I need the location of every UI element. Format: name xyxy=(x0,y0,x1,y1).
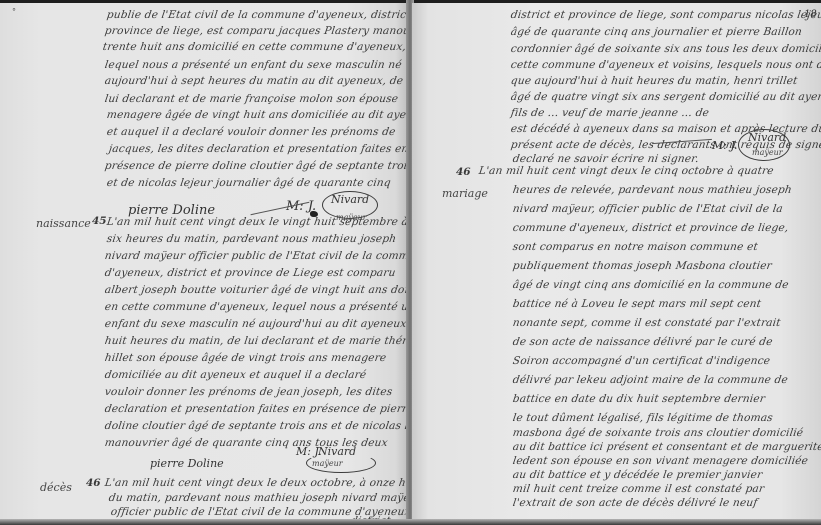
text-line: âgé de quatre vingt six ans sergent domi… xyxy=(510,91,821,103)
text-line: masbona âgé de soixante trois ans clouti… xyxy=(512,427,804,439)
text-line: commune d'ayeneux, district et province … xyxy=(512,222,789,234)
text-line: nonante sept, comme il est constaté par … xyxy=(512,317,781,329)
signature-name: Nivard xyxy=(331,193,369,206)
text-line: et auquel il a declaré vouloir donner le… xyxy=(106,126,396,138)
entry-number: 46 xyxy=(86,477,101,489)
text-line: cordonnier âgé de soixante six ans tous … xyxy=(510,43,821,55)
text-line: huit heures du matin, de lui declarant e… xyxy=(104,335,408,347)
left-page: ° publie de l'Etat civil de la commune d… xyxy=(0,3,408,519)
text-line: trente huit ans domicilié en cette commu… xyxy=(102,41,407,53)
margin-label-mariage: mariage xyxy=(442,187,488,200)
signature-name: Nivard xyxy=(748,131,786,144)
text-line: declaré ne savoir écrire ni signer. xyxy=(512,153,700,165)
text-line: vouloir donner les prénoms de jean josep… xyxy=(104,386,393,398)
text-line: en cette commune d'ayeneux, lequel nous … xyxy=(104,301,408,313)
text-line: nivard maÿeur, officier public de l'Etat… xyxy=(512,203,784,215)
entry-number: 46 xyxy=(456,166,471,178)
signature-initials: M: J. xyxy=(712,139,738,152)
signature-title: maÿeur xyxy=(752,148,783,157)
text-line: enfant du sexe masculin né aujourd'hui a… xyxy=(104,318,408,330)
text-line: heures de relevée, pardevant nous mathie… xyxy=(512,184,793,196)
text-line: L'an mil huit cent vingt deux le vingt h… xyxy=(106,216,408,228)
signature-title: maÿeur xyxy=(312,459,343,468)
text-line: domiciliée au dit ayeneux et auquel il a… xyxy=(104,369,367,381)
text-line: mil huit cent treize comme il est consta… xyxy=(512,483,765,495)
right-page: 18 district et province de liege, sont c… xyxy=(412,3,821,519)
text-line: menagere âgée de vingt huit ans domicili… xyxy=(106,109,408,121)
text-line: du matin, pardevant nous mathieu joseph … xyxy=(108,492,408,504)
text-line: lequel nous a présenté un enfant du sexe… xyxy=(104,59,403,71)
text-line: au dit battice ici présent et consentant… xyxy=(512,441,821,453)
text-line: aujourd'hui à sept heures du matin au di… xyxy=(104,75,404,87)
text-line: que aujourd'hui à huit heures du matin, … xyxy=(510,75,798,87)
text-line: au dit battice et y décédée le premier j… xyxy=(512,469,763,481)
corner-mark: ° xyxy=(12,7,16,16)
text-line: l'extrait de son acte de décès délivré l… xyxy=(512,497,758,509)
text-line: Soiron accompagné d'un certificat d'indi… xyxy=(512,355,771,367)
margin-label-naissance: naissance xyxy=(36,217,91,230)
text-line: et de nicolas lejeur journalier âgé de q… xyxy=(106,177,392,189)
signature-witness: pierre Doline xyxy=(150,457,224,470)
text-line: district et province de liege, sont comp… xyxy=(510,9,821,21)
text-line: albert joseph boutte voiturier âgé de vi… xyxy=(104,284,408,296)
text-line: sont comparus en notre maison commune et xyxy=(512,241,759,253)
text-line: L'an mil huit cent vingt deux le deux oc… xyxy=(104,477,408,489)
text-line: d'ayeneux, district et province de Liege… xyxy=(104,267,396,279)
document-viewer: ° publie de l'Etat civil de la commune d… xyxy=(0,0,821,525)
text-line: de son acte de naissance délivré par le … xyxy=(512,336,773,348)
text-line: publie de l'Etat civil de la commune d'a… xyxy=(106,9,408,21)
text-line: fils de ... veuf de marie jeanne ... de xyxy=(510,107,710,119)
text-line: jacques, les dites declaration et presen… xyxy=(108,143,408,155)
text-line: province de liege, est comparu jacques P… xyxy=(104,25,408,37)
text-line: battice en date du dix huit septembre de… xyxy=(512,393,766,405)
text-line: âgé de quarante cinq ans journalier et p… xyxy=(510,26,803,38)
page-bottom-edge xyxy=(0,519,821,525)
text-line: publiquement thomas joseph Masbona clout… xyxy=(512,260,773,272)
entry-number: 45 xyxy=(92,215,107,227)
text-line: doline cloutier âgé de septante trois an… xyxy=(104,420,408,432)
text-line: hillet son épouse âgée de vingt trois an… xyxy=(104,352,387,364)
text-line: le tout dûment légalisé, fils légitime d… xyxy=(512,412,774,424)
margin-label-deces: décès xyxy=(40,481,72,494)
text-line: declaration et presentation faites en pr… xyxy=(104,403,408,415)
text-line: présence de pierre doline cloutier âgé d… xyxy=(104,160,408,172)
text-line: L'an mil huit cent vingt deux le cinq oc… xyxy=(478,165,774,177)
text-line: six heures du matin, pardevant nous math… xyxy=(106,233,397,245)
text-line: battice né à Loveu le sept mars mil sept… xyxy=(512,298,762,310)
text-line: lui declarant et de marie françoise molo… xyxy=(104,93,399,105)
text-line: cette commune d'ayeneux et voisins, lesq… xyxy=(510,59,821,71)
text-line: ledent son épouse en son vivant menagere… xyxy=(512,455,809,467)
text-line: âgé de vingt cinq ans domicilié en la co… xyxy=(512,279,789,291)
text-line: nivard maÿeur officier public de l'Etat … xyxy=(104,250,408,262)
text-line: délivré par lekeu adjoint maire de la co… xyxy=(512,374,789,386)
